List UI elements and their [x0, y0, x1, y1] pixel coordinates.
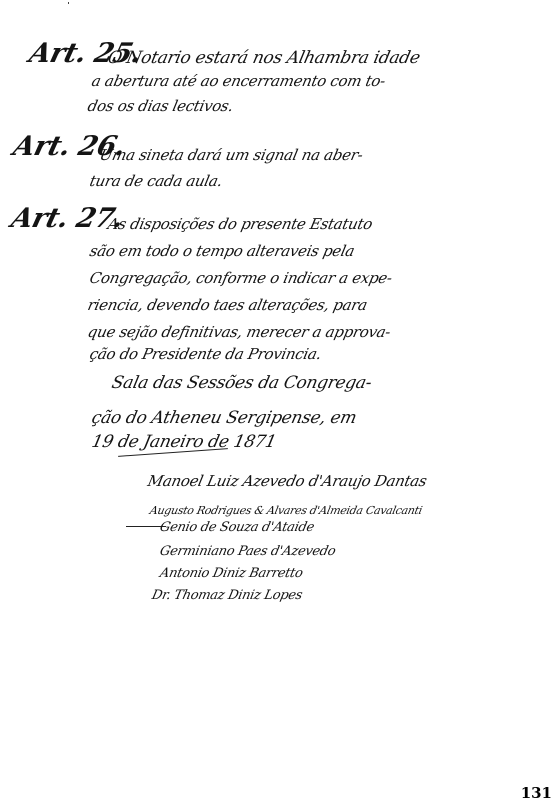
article-26-line-1: Uma sineta dará um signal na aber- [98, 146, 364, 164]
article-27-line-1: As disposições do presente Estatuto [106, 215, 374, 233]
closing-line-3: 19 de Janeiro de 1871 [90, 432, 278, 452]
speck [68, 2, 69, 4]
signature-4: Germiniano Paes d'Azevedo [158, 544, 337, 559]
signature-5: Antonio Diniz Barretto [158, 566, 304, 581]
article-27-line-6: ção do Presidente da Provincia. [88, 345, 323, 363]
article-25-line-1: O Notario estará nos Alhambra idade [106, 48, 422, 68]
closing-line-1: Sala das Sessões da Congrega- [110, 373, 373, 393]
article-26-line-2: tura de cada aula. [88, 172, 224, 190]
signature-6: Dr. Thomaz Diniz Lopes [150, 588, 303, 603]
article-27-line-5: que sejão definitivas, merecer a approva… [86, 323, 392, 341]
signature-2: Augusto Rodrigues & Alvares d'Almeida Ca… [149, 504, 424, 517]
manuscript-page: Art. 25. O Notario estará nos Alhambra i… [0, 0, 558, 808]
page-number: 131 [521, 784, 552, 802]
article-25-line-2: a abertura até ao encerramento com to- [90, 72, 387, 90]
signature-3: Genio de Souza d'Ataide [158, 520, 315, 535]
article-25-line-3: dos os dias lectivos. [86, 97, 235, 115]
closing-line-2: ção do Atheneu Sergipense, em [90, 408, 358, 428]
article-27-line-4: riencia, devendo taes alterações, para [86, 296, 369, 314]
signature-1: Manoel Luiz Azevedo d'Araujo Dantas [146, 472, 428, 490]
article-27-line-2: são em todo o tempo alteraveis pela [88, 242, 356, 260]
article-27-line-3: Congregação, conforme o indicar a expe- [88, 269, 394, 287]
